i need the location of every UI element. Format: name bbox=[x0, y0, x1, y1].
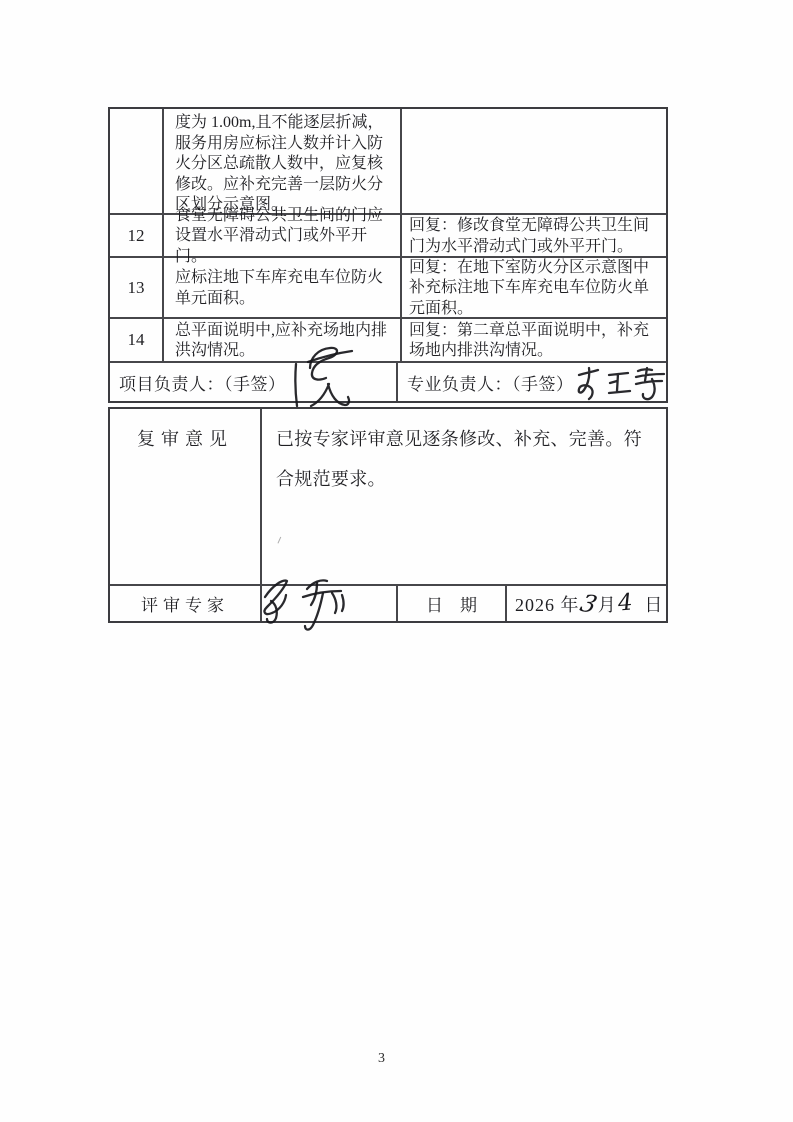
item-opinion: 度为 1.00m,且不能逐层折减，服务用房应标注人数并计入防火分区总疏散人数中，… bbox=[164, 109, 402, 213]
scanned-document-page: 度为 1.00m,且不能逐层折减，服务用房应标注人数并计入防火分区总疏散人数中，… bbox=[0, 0, 793, 1122]
item-opinion: 食堂无障碍公共卫生间的门应设置水平滑动式门或外平开门。 bbox=[164, 215, 402, 256]
expert-signature-cell bbox=[262, 586, 398, 621]
item-reply: 回复：修改食堂无障碍公共卫生间门为水平滑动式门或外平开门。 bbox=[402, 215, 666, 256]
opinion-text: 应标注地下车库充电车位防火单元面积。 bbox=[175, 268, 398, 309]
professional-lead-cell: 专业负责人：（手签） bbox=[398, 363, 666, 401]
date-value: 2026 年 3 月 4 日 bbox=[507, 586, 666, 621]
project-lead-cell: 项目负责人：（手签） bbox=[110, 363, 398, 401]
reply-text: 回复：第二章总平面说明中，补充场地内排洪沟情况。 bbox=[409, 321, 662, 362]
recheck-opinion-label: 复审意见 bbox=[110, 409, 262, 584]
table-row: 13 应标注地下车库充电车位防火单元面积。 回复：在地下室防火分区示意图中补充标… bbox=[110, 256, 666, 317]
table-row: 度为 1.00m,且不能逐层折减，服务用房应标注人数并计入防火分区总疏散人数中，… bbox=[110, 109, 666, 213]
date-day-unit: 日 bbox=[644, 591, 663, 617]
page-number: 3 bbox=[378, 1051, 385, 1067]
item-number: 13 bbox=[110, 258, 164, 317]
item-opinion: 应标注地下车库充电车位防火单元面积。 bbox=[164, 258, 402, 317]
recheck-opinion-row: 复审意见 已按专家评审意见逐条修改、补充、完善。符合规范要求。 bbox=[110, 409, 666, 584]
item-opinion: 总平面说明中,应补充场地内排洪沟情况。 bbox=[164, 319, 402, 361]
recheck-opinion-text: 已按专家评审意见逐条修改、补充、完善。符合规范要求。 bbox=[262, 409, 666, 584]
opinion-text: 总平面说明中,应补充场地内排洪沟情况。 bbox=[175, 321, 398, 362]
project-lead-label: 项目负责人：（手签） bbox=[119, 370, 286, 395]
handwritten-day: 4 bbox=[617, 591, 635, 615]
expert-date-row: 评审专家 日 期 2026 年 3 月 4 日 bbox=[110, 584, 666, 621]
handwritten-month: 3 bbox=[577, 591, 600, 617]
date-month-unit: 月 bbox=[598, 591, 617, 617]
date-year: 2026 年 bbox=[515, 591, 580, 617]
table-row: 12 食堂无障碍公共卫生间的门应设置水平滑动式门或外平开门。 回复：修改食堂无障… bbox=[110, 213, 666, 256]
table-row: 14 总平面说明中,应补充场地内排洪沟情况。 回复：第二章总平面说明中，补充场地… bbox=[110, 317, 666, 361]
signature-row: 项目负责人：（手签） 专业负责人：（手签） bbox=[110, 361, 666, 401]
item-number: 14 bbox=[110, 319, 164, 361]
item-reply: 回复：在地下室防火分区示意图中补充标注地下车库充电车位防火单元面积。 bbox=[402, 258, 666, 317]
item-reply: 回复：第二章总平面说明中，补充场地内排洪沟情况。 bbox=[402, 319, 666, 361]
review-expert-label: 评审专家 bbox=[110, 586, 262, 621]
professional-lead-label: 专业负责人：（手签） bbox=[407, 370, 574, 395]
opinion-text: 度为 1.00m,且不能逐层折减，服务用房应标注人数并计入防火分区总疏散人数中，… bbox=[175, 113, 398, 216]
review-items-table: 度为 1.00m,且不能逐层折减，服务用房应标注人数并计入防火分区总疏散人数中，… bbox=[108, 107, 668, 403]
review-conclusion-table: 复审意见 已按专家评审意见逐条修改、补充、完善。符合规范要求。 评审专家 日 期… bbox=[108, 407, 668, 623]
item-reply bbox=[402, 109, 666, 213]
item-number bbox=[110, 109, 164, 213]
reply-text: 回复：修改食堂无障碍公共卫生间门为水平滑动式门或外平开门。 bbox=[409, 216, 662, 257]
reply-text: 回复：在地下室防火分区示意图中补充标注地下车库充电车位防火单元面积。 bbox=[409, 258, 662, 320]
date-label: 日 期 bbox=[398, 586, 507, 621]
item-number: 12 bbox=[110, 215, 164, 256]
